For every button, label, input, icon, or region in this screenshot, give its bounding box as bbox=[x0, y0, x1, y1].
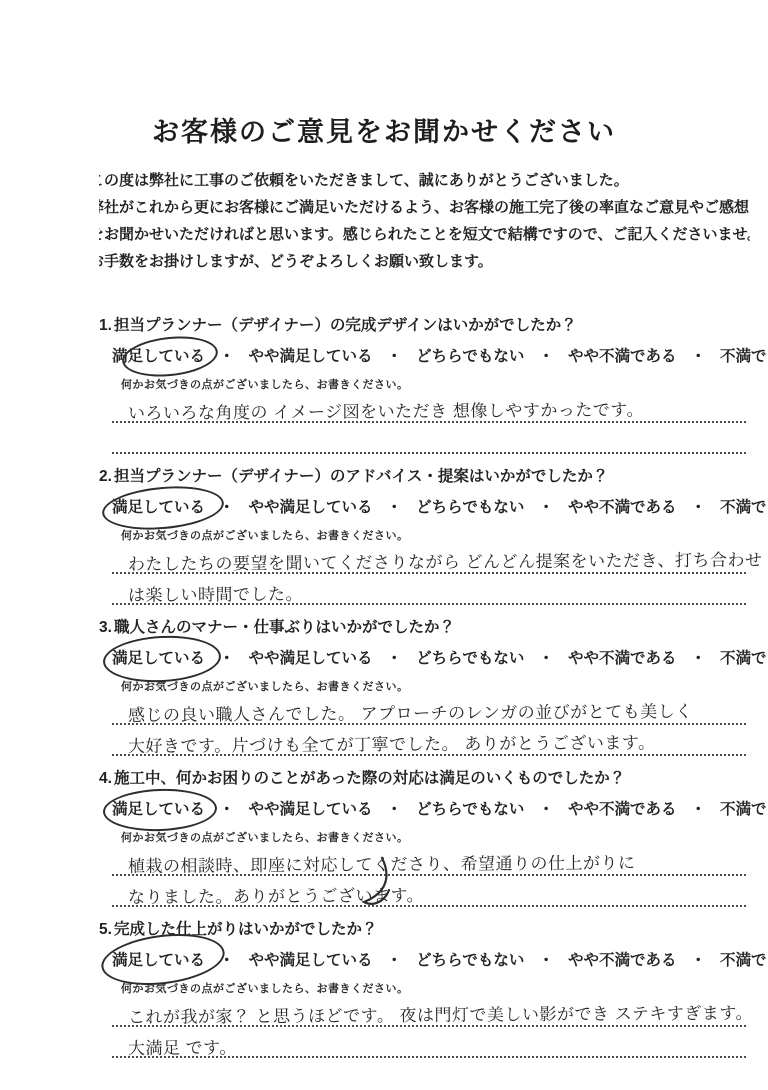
question-number: 2. bbox=[99, 468, 112, 485]
option-separator: ・ bbox=[219, 797, 235, 819]
option-separator: ・ bbox=[219, 495, 235, 517]
comment-prompt: 何かお気づきの点がございましたら、お書きください。 bbox=[121, 376, 748, 392]
handwritten-answer: 感じの良い職人さんでした。 アプローチのレンガの並びがとても美しく bbox=[128, 697, 693, 726]
option-somewhat-satisfied: やや満足している bbox=[249, 797, 373, 819]
handwritten-answer: 植栽の相談時、即座に対応してくださり、希望通りの仕上がりに bbox=[128, 848, 636, 877]
rating-options: 満足している ・やや満足している ・どちらでもない ・やや不満である ・不満であ… bbox=[112, 495, 748, 517]
answer-line: これが我が家？ と思うほどです。 夜は門灯で美しい影ができ ステキすぎます。 bbox=[112, 1001, 746, 1027]
option-label: 満足している bbox=[112, 348, 205, 365]
comment-prompt: 何かお気づきの点がございましたら、お書きください。 bbox=[121, 980, 748, 996]
question-text: 完成した仕上がりはいかがでしたか？ bbox=[114, 921, 378, 938]
option-separator: ・ bbox=[690, 495, 706, 517]
handwritten-answer: これが我が家？ と思うほどです。 夜は門灯で美しい影ができ ステキすぎます。 bbox=[128, 999, 753, 1028]
option-label: 満足している bbox=[112, 801, 205, 818]
option-separator: ・ bbox=[538, 344, 554, 366]
answer-line: なりました。ありがとうございます。 bbox=[112, 881, 746, 907]
handwritten-answer: いろいろな角度の イメージ図をいただき 想像しやすかったです。 bbox=[128, 395, 644, 424]
option-somewhat-dissatisfied: やや不満である bbox=[568, 344, 677, 366]
handwritten-answer: 大満足 です。 bbox=[128, 1033, 237, 1059]
option-somewhat-satisfied: やや満足している bbox=[249, 646, 373, 668]
option-dissatisfied: 不満である bbox=[720, 948, 768, 970]
answer-line: は楽しい時間でした。 bbox=[112, 579, 746, 605]
question-title: 2.担当プランナー（デザイナー）のアドバイス・提案はいかがでしたか？ bbox=[99, 464, 748, 486]
question-title: 5.完成した仕上がりはいかがでしたか？ bbox=[99, 917, 748, 939]
rating-options: 満足している ・やや満足している ・どちらでもない ・やや不満である ・不満であ… bbox=[112, 797, 748, 819]
answer-line bbox=[112, 428, 746, 454]
answer-line: 大満足 です。 bbox=[112, 1032, 746, 1058]
option-separator: ・ bbox=[387, 344, 403, 366]
question-block-4: 4.施工中、何かお困りのことがあった際の対応は満足のいくものでしたか？ 満足して… bbox=[99, 766, 748, 907]
option-somewhat-dissatisfied: やや不満である bbox=[568, 797, 677, 819]
option-separator: ・ bbox=[387, 495, 403, 517]
option-somewhat-satisfied: やや満足している bbox=[249, 495, 373, 517]
answer-line: 感じの良い職人さんでした。 アプローチのレンガの並びがとても美しく bbox=[112, 699, 746, 725]
question-text: 担当プランナー（デザイナー）のアドバイス・提案はいかがでしたか？ bbox=[114, 468, 608, 485]
option-dissatisfied: 不満である bbox=[720, 646, 768, 668]
question-text: 担当プランナー（デザイナー）の完成デザインはいかがでしたか？ bbox=[114, 317, 577, 334]
handwritten-answer: 大好きです。片づけも全てが丁寧でした。 ありがとうございます。 bbox=[128, 728, 656, 757]
comment-prompt: 何かお気づきの点がございましたら、お書きください。 bbox=[121, 678, 748, 694]
option-satisfied: 満足している bbox=[112, 948, 205, 970]
question-list: 1.担当プランナー（デザイナー）の完成デザインはいかがでしたか？ 満足している … bbox=[99, 313, 748, 1058]
option-separator: ・ bbox=[690, 797, 706, 819]
option-separator: ・ bbox=[219, 646, 235, 668]
question-title: 1.担当プランナー（デザイナー）の完成デザインはいかがでしたか？ bbox=[99, 313, 748, 335]
option-somewhat-satisfied: やや満足している bbox=[249, 344, 373, 366]
page-title: お客様のご意見をお聞かせください bbox=[0, 0, 768, 149]
rating-options: 満足している ・やや満足している ・どちらでもない ・やや不満である ・不満であ… bbox=[112, 344, 748, 366]
option-satisfied: 満足している bbox=[112, 646, 205, 668]
option-dissatisfied: 不満である bbox=[720, 495, 768, 517]
intro-line: をお聞かせいただければと思います。感じられたことを短文で結構ですので、ご記入くだ… bbox=[99, 221, 750, 248]
question-number: 1. bbox=[99, 317, 112, 334]
handwritten-answer: なりました。ありがとうございます。 bbox=[128, 881, 424, 908]
intro-line: お手数をお掛けしますが、どうぞよろしくお願い致します。 bbox=[99, 248, 750, 275]
option-satisfied: 満足している bbox=[112, 495, 205, 517]
option-neutral: どちらでもない bbox=[416, 495, 524, 517]
option-separator: ・ bbox=[538, 495, 554, 517]
option-separator: ・ bbox=[219, 948, 235, 970]
question-number: 5. bbox=[99, 921, 112, 938]
option-dissatisfied: 不満である bbox=[720, 344, 768, 366]
answer-line: わたしたちの要望を聞いてくださりながら どんどん提案をいただき、打ち合わせ bbox=[112, 548, 746, 574]
option-separator: ・ bbox=[387, 797, 403, 819]
option-neutral: どちらでもない bbox=[416, 646, 524, 668]
question-title: 3.職人さんのマナー・仕事ぶりはいかがでしたか？ bbox=[99, 615, 748, 637]
option-separator: ・ bbox=[690, 948, 706, 970]
option-label: 満足している bbox=[112, 499, 205, 516]
handwritten-answer: は楽しい時間でした。 bbox=[128, 580, 303, 606]
option-neutral: どちらでもない bbox=[416, 797, 524, 819]
question-number: 4. bbox=[99, 770, 112, 787]
option-separator: ・ bbox=[387, 646, 403, 668]
option-separator: ・ bbox=[387, 948, 403, 970]
option-neutral: どちらでもない bbox=[416, 948, 524, 970]
comment-prompt: 何かお気づきの点がございましたら、お書きください。 bbox=[121, 829, 748, 845]
option-somewhat-dissatisfied: やや不満である bbox=[568, 948, 677, 970]
question-text: 施工中、何かお困りのことがあった際の対応は満足のいくものでしたか？ bbox=[114, 770, 625, 787]
rating-options: 満足している ・やや満足している ・どちらでもない ・やや不満である ・不満であ… bbox=[112, 948, 748, 970]
option-separator: ・ bbox=[538, 948, 554, 970]
option-separator: ・ bbox=[538, 646, 554, 668]
option-separator: ・ bbox=[690, 646, 706, 668]
option-satisfied: 満足している bbox=[112, 344, 205, 366]
option-separator: ・ bbox=[538, 797, 554, 819]
option-neutral: どちらでもない bbox=[416, 344, 524, 366]
scanned-survey-page: お客様のご意見をお聞かせください この度は弊社に工事のご依頼をいただきまして、誠… bbox=[0, 0, 768, 1090]
option-label: 満足している bbox=[112, 952, 205, 969]
answer-line: いろいろな角度の イメージ図をいただき 想像しやすかったです。 bbox=[112, 397, 746, 423]
handwritten-answer: わたしたちの要望を聞いてくださりながら どんどん提案をいただき、打ち合わせ bbox=[128, 546, 763, 575]
intro-paragraph: この度は弊社に工事のご依頼をいただきまして、誠にありがとうございました。 弊社が… bbox=[99, 167, 750, 275]
option-dissatisfied: 不満である bbox=[720, 797, 768, 819]
option-label: 満足している bbox=[112, 650, 205, 667]
option-somewhat-dissatisfied: やや不満である bbox=[568, 495, 677, 517]
question-block-2: 2.担当プランナー（デザイナー）のアドバイス・提案はいかがでしたか？ 満足してい… bbox=[99, 464, 748, 605]
question-block-3: 3.職人さんのマナー・仕事ぶりはいかがでしたか？ 満足している ・やや満足してい… bbox=[99, 615, 748, 756]
intro-line: この度は弊社に工事のご依頼をいただきまして、誠にありがとうございました。 bbox=[99, 167, 750, 194]
option-satisfied: 満足している bbox=[112, 797, 205, 819]
question-block-5: 5.完成した仕上がりはいかがでしたか？ 満足している ・やや満足している ・どち… bbox=[99, 917, 748, 1058]
question-number: 3. bbox=[99, 619, 112, 636]
question-text: 職人さんのマナー・仕事ぶりはいかがでしたか？ bbox=[114, 619, 455, 636]
option-somewhat-satisfied: やや満足している bbox=[249, 948, 373, 970]
answer-line: 植栽の相談時、即座に対応してくださり、希望通りの仕上がりに bbox=[112, 850, 746, 876]
question-block-1: 1.担当プランナー（デザイナー）の完成デザインはいかがでしたか？ 満足している … bbox=[99, 313, 748, 454]
option-separator: ・ bbox=[219, 344, 235, 366]
answer-line: 大好きです。片づけも全てが丁寧でした。 ありがとうございます。 bbox=[112, 730, 746, 756]
rating-options: 満足している ・やや満足している ・どちらでもない ・やや不満である ・不満であ… bbox=[112, 646, 748, 668]
option-somewhat-dissatisfied: やや不満である bbox=[568, 646, 677, 668]
option-separator: ・ bbox=[690, 344, 706, 366]
comment-prompt: 何かお気づきの点がございましたら、お書きください。 bbox=[121, 527, 748, 543]
question-title: 4.施工中、何かお困りのことがあった際の対応は満足のいくものでしたか？ bbox=[99, 766, 748, 788]
intro-line: 弊社がこれから更にお客様にご満足いただけるよう、お客様の施工完了後の率直なご意見… bbox=[99, 194, 750, 221]
